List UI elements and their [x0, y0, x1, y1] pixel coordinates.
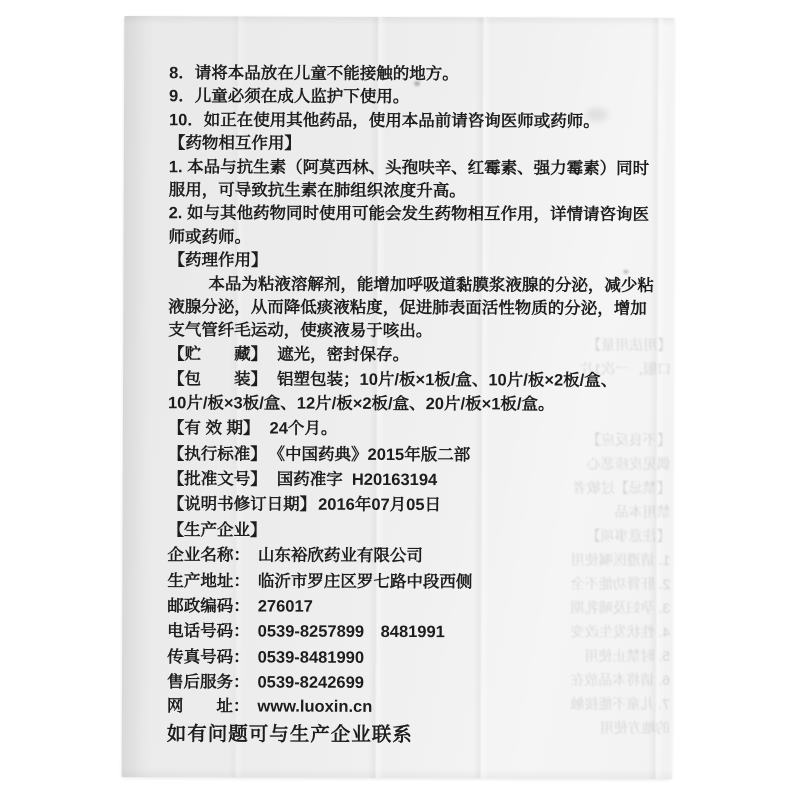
row-label: 售后服务：: [167, 673, 250, 691]
row-label: 生产地址：: [167, 572, 250, 590]
row-value: 0539-8257899 8481991: [258, 623, 445, 642]
row-label: 电话号码：: [167, 623, 250, 641]
precaution-item-9: 9．儿童必须在成人监护下使用。: [169, 86, 659, 111]
row-value: 0539-8242699: [257, 674, 363, 692]
precaution-item-8: 8．请将本品放在儿童不能接触的地方。: [169, 62, 659, 87]
manufacturer-row-website: 网 址：www.luoxin.cn: [167, 695, 657, 720]
field-standard: 【执行标准】《中国药典》2015年版二部: [168, 443, 658, 468]
manufacturer-row-fax: 传真号码：0539-8481990: [167, 646, 657, 671]
field-approval-number: 【批准文号】国药准字 H20163194: [168, 468, 658, 493]
row-label: 企业名称：: [167, 546, 250, 564]
drug-interactions-line: 服用，可导致抗生素在肺组织浓度升高。: [169, 179, 659, 204]
row-label: 传真号码：: [167, 648, 250, 666]
field-label: 【说明书修订日期】: [168, 496, 317, 515]
leaflet-paper: 【用法用量】 口服，一次1片 【不良反应】 偶见皮疹恶心 【禁忌】过敏者 禁用本…: [122, 16, 675, 779]
row-value: www.luoxin.cn: [257, 697, 372, 715]
section-header-manufacturer: 【生产企业】: [167, 519, 657, 544]
section-header-pharmacology: 【药理作用】: [168, 249, 658, 274]
row-value: 临沂市罗庄区罗七路中段西侧: [258, 572, 473, 591]
field-validity: 【有 效 期】24个月。: [168, 417, 658, 442]
field-value: 《中国药典》2015年版二部: [277, 445, 471, 464]
precaution-item-10: 10．如正在使用其他药品，使用本品前请咨询医师或药师。: [169, 109, 659, 134]
drug-interactions-line: 师或药师。: [169, 226, 659, 251]
field-packaging: 【包 装】铝塑包装；10片/板×1板/盒、10片/板×2板/盒、: [168, 368, 658, 393]
footer-contact-note: 如有问题可与生产企业联系: [167, 723, 657, 748]
field-label: 【有 效 期】: [168, 419, 260, 437]
manufacturer-row-aftersales: 售后服务：0539-8242699: [167, 671, 657, 696]
paper-left-fold-shadow: [122, 16, 155, 777]
manufacturer-row-name: 企业名称：山东裕欣药业有限公司: [167, 544, 657, 569]
drug-interactions-line: 1. 本品与抗生素（阿莫西林、头孢呋辛、红霉素、强力霉素）同时: [169, 156, 659, 181]
field-value: 24个月。: [270, 420, 338, 438]
manufacturer-row-phone: 电话号码：0539-8257899 8481991: [167, 621, 657, 646]
row-value: 山东裕欣药业有限公司: [258, 547, 423, 566]
field-value: 遮光，密封保存。: [277, 345, 409, 363]
row-value: 276017: [258, 597, 313, 615]
field-value: 2016年07月05日: [318, 496, 441, 514]
drug-interactions-line: 2. 如与其他药物同时使用可能会发生药物相互作用，详情请咨询医: [169, 203, 659, 228]
row-label: 邮政编码：: [167, 597, 250, 615]
field-label: 【包 装】: [168, 370, 267, 388]
section-header-drug-interactions: 【药物相互作用】: [169, 132, 659, 157]
field-label: 【执行标准】: [168, 445, 267, 463]
pharmacology-line: 液腺分泌，从而降低痰液粘度，促进肺表面活性物质的分泌，增加: [168, 296, 658, 321]
manufacturer-row-address: 生产地址：临沂市罗庄区罗七路中段西侧: [167, 570, 657, 595]
row-value: 0539-8481990: [258, 648, 364, 666]
field-label: 【贮 藏】: [168, 345, 267, 363]
pharmacology-line: 支气管纤毛运动，使痰液易于咳出。: [168, 320, 658, 345]
leaflet-text-column: 8．请将本品放在儿童不能接触的地方。 9．儿童必须在成人监护下使用。 10．如正…: [167, 62, 659, 748]
field-value: 国药准字 H20163194: [277, 470, 438, 489]
field-value: 铝塑包装；10片/板×1板/盒、10片/板×2板/盒、: [277, 371, 617, 390]
field-label: 【批准文号】: [168, 470, 267, 488]
field-storage: 【贮 藏】遮光，密封保存。: [168, 343, 658, 368]
row-label: 网 址：: [167, 697, 250, 715]
paper-top-edge-shadow: [124, 16, 674, 26]
field-revision-date: 【说明书修订日期】2016年07月05日: [168, 494, 658, 519]
manufacturer-row-postcode: 邮政编码：276017: [167, 595, 657, 620]
pharmacology-line: 本品为粘液溶解剂，能增加呼吸道黏膜浆液腺的分泌，减少粘: [168, 273, 658, 298]
field-packaging-continued: 10片/板×3板/盒、12片/板×2板/盒、20片/板×1板/盒。: [168, 392, 658, 417]
paper-bottom-edge-shadow: [122, 767, 672, 779]
